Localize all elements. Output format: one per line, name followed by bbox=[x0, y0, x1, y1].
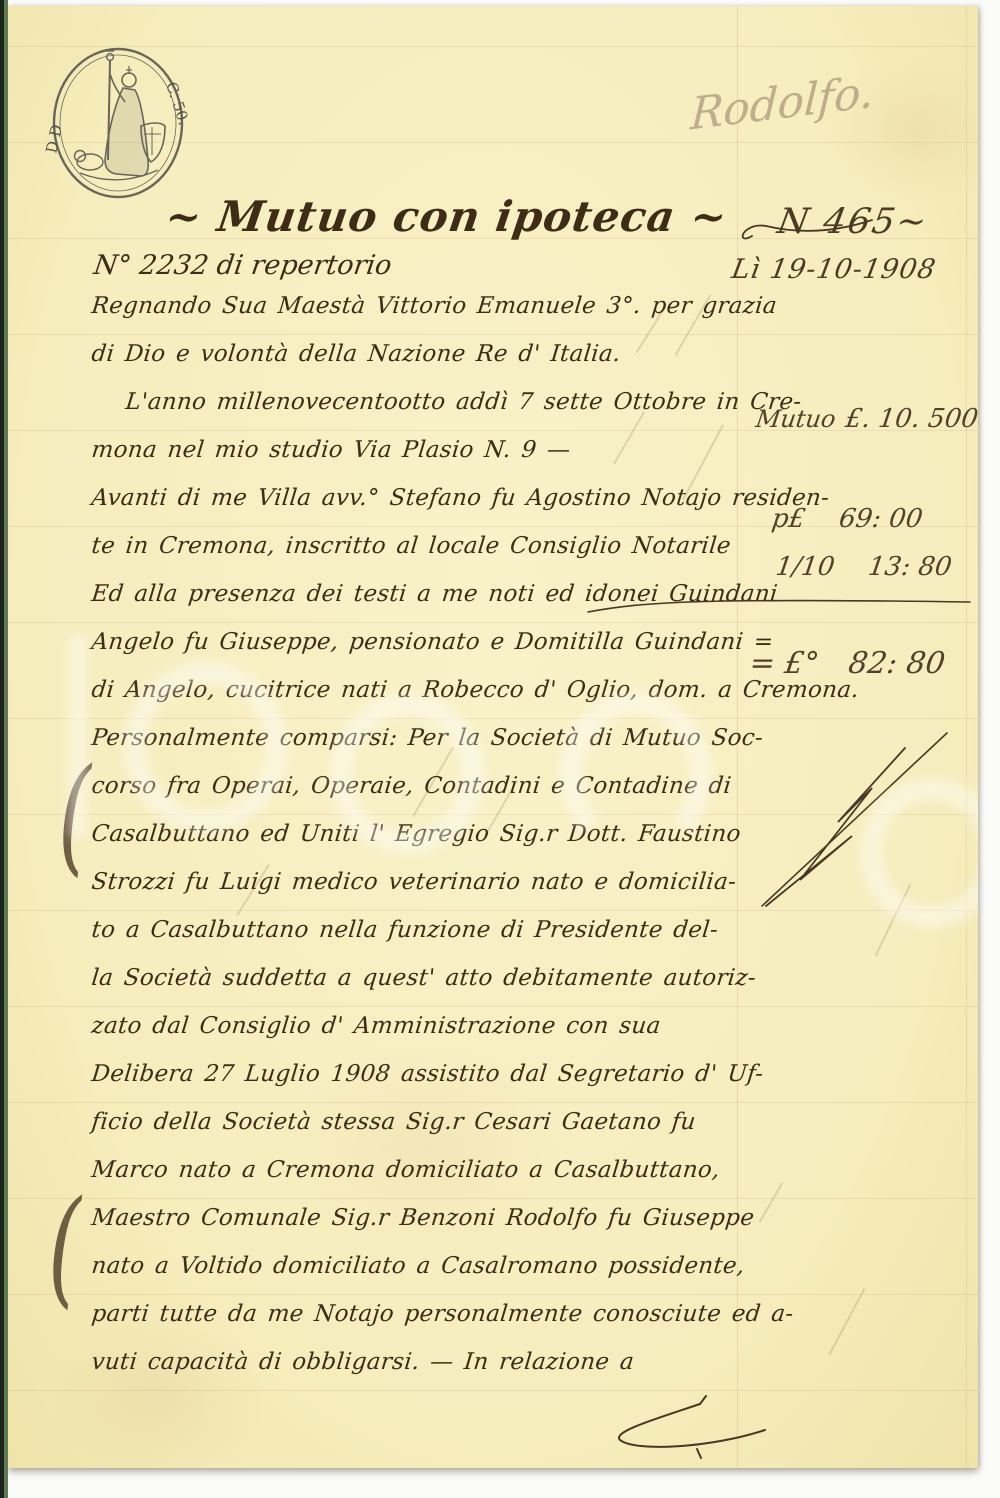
scan-watermark bbox=[560, 692, 712, 856]
scan-left-edge bbox=[0, 0, 8, 1498]
scan-watermark bbox=[330, 694, 484, 854]
sum-line bbox=[588, 600, 970, 612]
number-swash bbox=[743, 220, 872, 238]
scan-watermark bbox=[124, 662, 288, 832]
closing-paraph bbox=[619, 1396, 765, 1447]
scan-watermark bbox=[68, 634, 88, 839]
notarial-deed-page: C. 50. D D Rodolfo. ~ Mutuo con ipoteca … bbox=[8, 6, 978, 1468]
